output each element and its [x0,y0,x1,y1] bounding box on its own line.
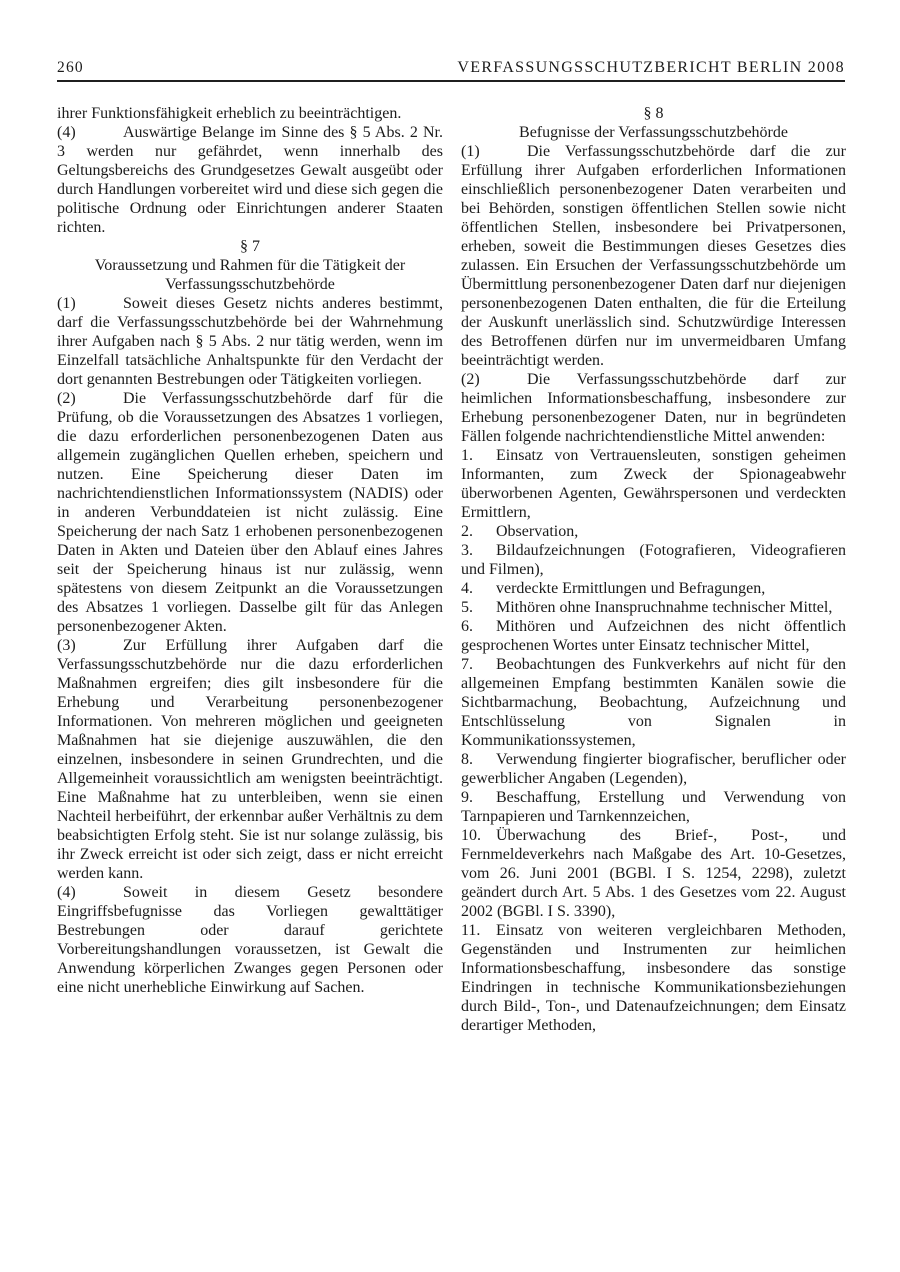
paragraph-text: Zur Erfüllung ihrer Aufgaben darf die Ve… [57,637,443,882]
list-item-text: Einsatz von weiteren vergleichbaren Meth… [461,922,846,1034]
list-item-text: Mithören ohne Inanspruchnahme technische… [496,599,832,616]
list-item-number: 10. [461,826,496,845]
paragraph-7-abs4: (4)Soweit in diesem Gesetz besondere Ein… [57,883,443,997]
paragraph-number: (2) [461,370,527,389]
paragraph-number: (1) [57,294,123,313]
paragraph-number: (2) [57,389,123,408]
paragraph-text: Die Verfassungsschutzbehörde darf die zu… [461,143,846,369]
list-item-9: 9.Beschaffung, Erstellung und Verwendung… [461,788,846,826]
paragraph-7-abs2: (2)Die Verfassungsschutzbehörde darf für… [57,389,443,636]
list-item-number: 8. [461,750,496,769]
list-item-7: 7.Beobachtungen des Funkverkehrs auf nic… [461,655,846,750]
list-item-number: 5. [461,598,496,617]
list-item-text: Bildaufzeichnungen (Fotografieren, Video… [461,542,846,578]
paragraph-number: (3) [57,636,123,655]
list-item-text: Mithören und Aufzeichnen des nicht öffen… [461,618,846,654]
list-item-number: 3. [461,541,496,560]
list-item-text: Beschaffung, Erstellung und Verwendung v… [461,789,846,825]
list-item-11: 11.Einsatz von weiteren vergleichbaren M… [461,921,846,1035]
right-column: § 8 Befugnisse der Verfassungsschutzbehö… [461,104,846,1035]
list-item-5: 5.Mithören ohne Inanspruchnahme technisc… [461,598,846,617]
list-item-text: verdeckte Ermittlungen und Befragungen, [496,580,765,597]
paragraph-text: Die Verfassungsschutzbehörde darf für di… [57,390,443,635]
section-7-title: Voraussetzung und Rahmen für die Tätigke… [57,256,443,294]
paragraph-5-abs4: (4)Auswärtige Belange im Sinne des § 5 A… [57,123,443,237]
left-column: ihrer Funktionsfähigkeit erheblich zu be… [57,104,443,997]
paragraph-8-abs1: (1)Die Verfassungsschutzbehörde darf die… [461,142,846,370]
page-number: 260 [57,59,84,77]
list-item-number: 11. [461,921,496,940]
section-8-title: Befugnisse der Verfassungsschutzbehörde [461,123,846,142]
list-item-6: 6.Mithören und Aufzeichnen des nicht öff… [461,617,846,655]
paragraph-continuation: ihrer Funktionsfähigkeit erheblich zu be… [57,104,443,123]
list-item-3: 3.Bildaufzeichnungen (Fotografieren, Vid… [461,541,846,579]
paragraph-7-abs3: (3)Zur Erfüllung ihrer Aufgaben darf die… [57,636,443,883]
list-item-number: 6. [461,617,496,636]
list-item-text: Einsatz von Vertrauensleuten, sonstigen … [461,447,846,521]
list-item-10: 10.Überwachung des Brief-, Post-, und Fe… [461,826,846,921]
paragraph-8-abs2: (2)Die Verfassungsschutzbehörde darf zur… [461,370,846,446]
section-8-number: § 8 [461,104,846,123]
list-item-text: Observation, [496,523,578,540]
running-title: VERFASSUNGSSCHUTZBERICHT BERLIN 2008 [457,59,845,77]
paragraph-number: (4) [57,883,123,902]
list-item-number: 4. [461,579,496,598]
header-rule [57,80,845,82]
list-item-number: 2. [461,522,496,541]
list-item-2: 2.Observation, [461,522,846,541]
list-item-1: 1.Einsatz von Vertrauensleuten, sonstige… [461,446,846,522]
list-item-8: 8.Verwendung fingierter biografischer, b… [461,750,846,788]
document-page: 260 VERFASSUNGSSCHUTZBERICHT BERLIN 2008… [0,0,900,1272]
paragraph-number: (1) [461,142,527,161]
list-item-number: 9. [461,788,496,807]
paragraph-7-abs1: (1)Soweit dieses Gesetz nichts anderes b… [57,294,443,389]
list-item-number: 7. [461,655,496,674]
list-item-number: 1. [461,446,496,465]
list-item-4: 4.verdeckte Ermittlungen und Befragungen… [461,579,846,598]
list-item-text: Überwachung des Brief-, Post-, und Fernm… [461,827,846,920]
paragraph-number: (4) [57,123,123,142]
list-item-text: Beobachtungen des Funkverkehrs auf nicht… [461,656,846,749]
running-header: 260 VERFASSUNGSSCHUTZBERICHT BERLIN 2008 [57,59,845,79]
list-item-text: Verwendung fingierter biografischer, ber… [461,751,846,787]
section-7-number: § 7 [57,237,443,256]
